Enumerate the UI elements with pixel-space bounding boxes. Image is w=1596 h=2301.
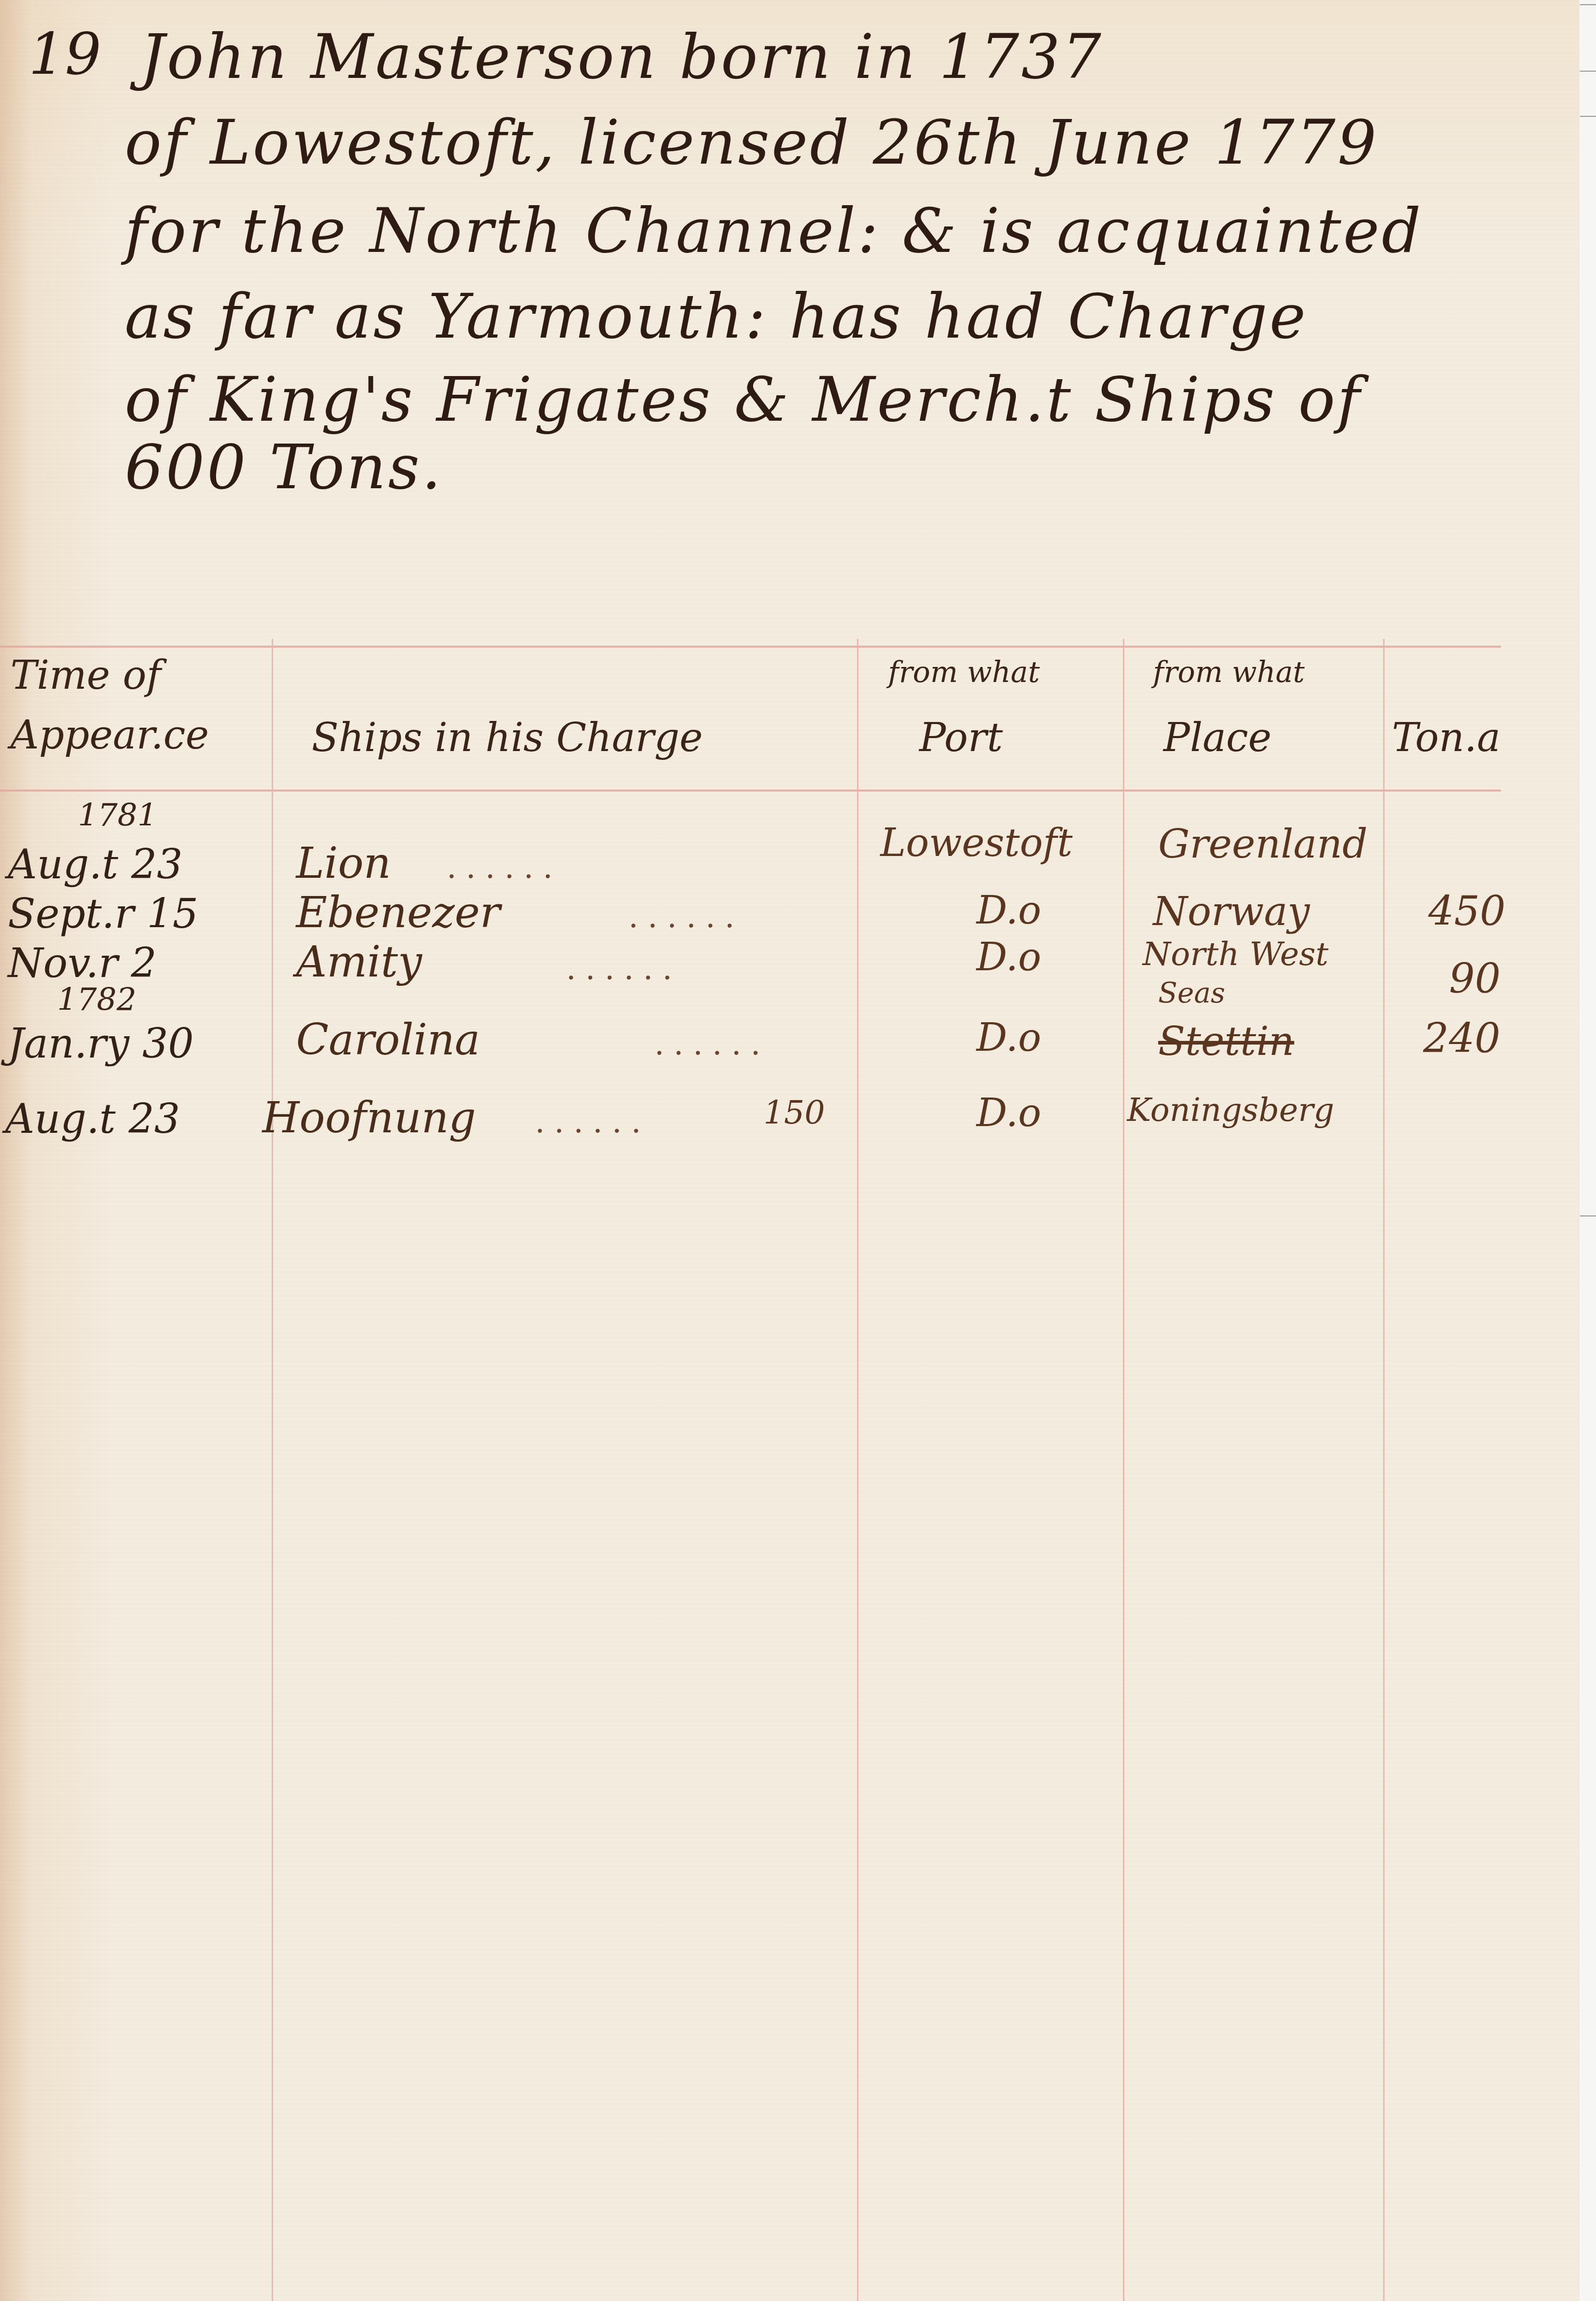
entry-number: 19 bbox=[29, 21, 101, 87]
row-place: Koningsberg bbox=[1127, 1091, 1334, 1129]
adjacent-page-line bbox=[1580, 71, 1596, 72]
row-ship: Amity bbox=[296, 938, 422, 987]
ledger-page: 19 John Masterson born in 1737 of Lowest… bbox=[0, 0, 1579, 2301]
row-leader: ...... bbox=[447, 849, 562, 886]
table-top-rule bbox=[0, 646, 1501, 648]
row-port: D.o bbox=[976, 888, 1041, 933]
column-divider-2 bbox=[857, 639, 859, 2301]
row-leader: ...... bbox=[535, 1104, 650, 1140]
row-tons: 450 bbox=[1428, 888, 1506, 935]
intro-line-5: of King's Frigates & Merch.t Ships of bbox=[125, 364, 1362, 435]
row-year: 1782 bbox=[57, 982, 137, 1018]
row-date: Sept.r 15 bbox=[8, 891, 198, 938]
row-place: North West bbox=[1143, 935, 1329, 973]
table-header-bottom-rule bbox=[0, 790, 1501, 792]
row-place: Greenland bbox=[1158, 821, 1367, 867]
row-tons: 90 bbox=[1449, 956, 1500, 1002]
row-place: Norway bbox=[1153, 888, 1310, 934]
header-time-line1: Time of bbox=[10, 652, 161, 698]
row-tons: 240 bbox=[1423, 1015, 1500, 1062]
column-divider-3 bbox=[1123, 639, 1124, 2301]
row-ship-tons: 150 bbox=[763, 1093, 825, 1131]
adjacent-page-line bbox=[1580, 116, 1596, 117]
row-date: Aug.t 23 bbox=[8, 841, 183, 888]
header-port-line2: Port bbox=[919, 714, 1003, 760]
column-divider-1 bbox=[272, 639, 273, 2301]
intro-line-3: for the North Channel: & is acquainted bbox=[125, 195, 1423, 266]
column-divider-4 bbox=[1383, 639, 1385, 2301]
row-ship: Hoofnung bbox=[262, 1093, 476, 1143]
intro-line-4: as far as Yarmouth: has had Charge bbox=[125, 280, 1308, 352]
row-port: Lowestoft bbox=[880, 821, 1072, 865]
row-port: D.o bbox=[976, 1015, 1041, 1060]
row-date: Nov.r 2 bbox=[8, 940, 157, 987]
header-place-line1: from what bbox=[1153, 655, 1305, 689]
header-port-line1: from what bbox=[888, 655, 1040, 689]
header-ships: Ships in his Charge bbox=[312, 714, 703, 760]
row-port: D.o bbox=[976, 935, 1041, 980]
adjacent-page-line bbox=[1580, 1215, 1596, 1216]
intro-line-1: John Masterson born in 1737 bbox=[140, 21, 1103, 92]
row-leader: ...... bbox=[566, 951, 681, 987]
row-port: D.o bbox=[976, 1091, 1041, 1135]
adjacent-page-line bbox=[1580, 4, 1596, 5]
header-place-line2: Place bbox=[1163, 714, 1271, 760]
row-leader: ...... bbox=[628, 899, 744, 935]
row-place: Stettin bbox=[1158, 1018, 1294, 1064]
row-ship: Ebenezer bbox=[296, 888, 500, 938]
row-ship: Lion bbox=[296, 839, 391, 888]
row-date: Jan.ry 30 bbox=[8, 1021, 194, 1067]
header-time-line2: Appear.ce bbox=[10, 712, 209, 758]
row-date: Aug.t 23 bbox=[5, 1096, 180, 1143]
page-edge-background bbox=[1579, 0, 1596, 2301]
intro-line-6: 600 Tons. bbox=[125, 431, 443, 503]
row-place-sub: Seas bbox=[1158, 976, 1225, 1009]
row-year: 1781 bbox=[78, 797, 157, 834]
row-ship: Carolina bbox=[296, 1015, 480, 1065]
row-leader: ...... bbox=[654, 1026, 770, 1062]
intro-line-2: of Lowestoft, licensed 26th June 1779 bbox=[125, 106, 1378, 178]
header-tons: Ton.a bbox=[1392, 714, 1500, 760]
